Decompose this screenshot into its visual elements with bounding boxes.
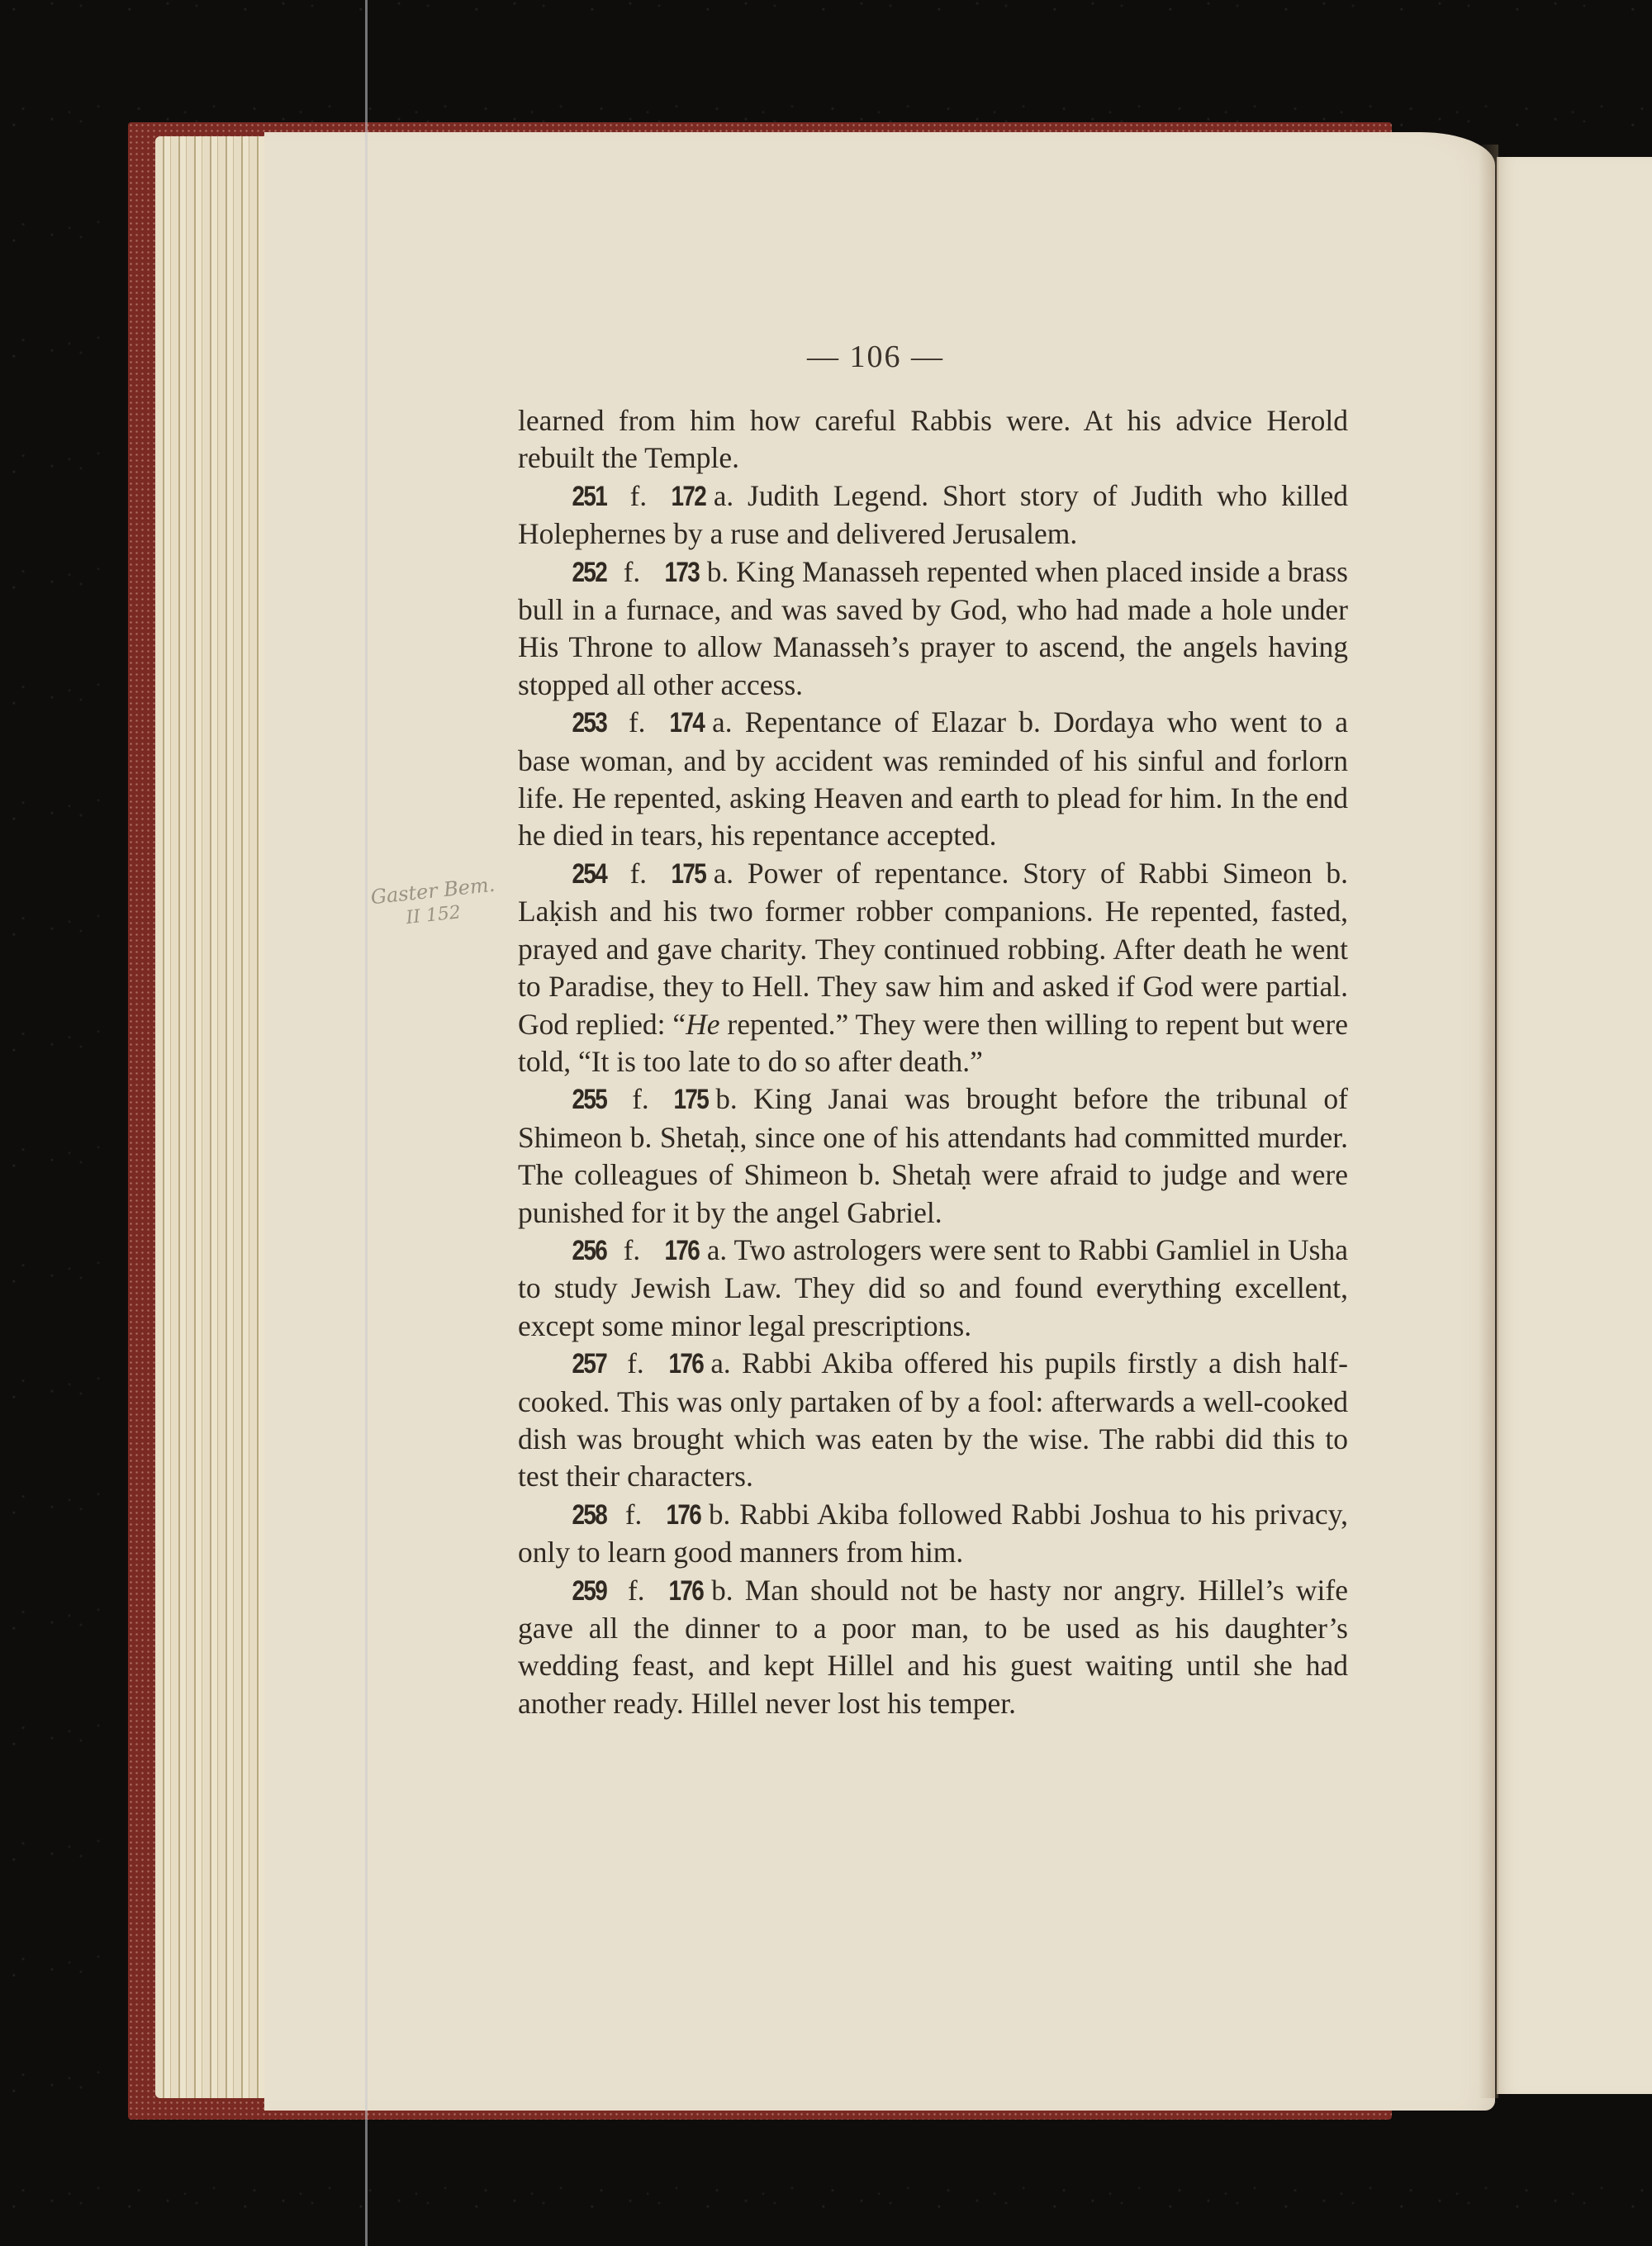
catalog-entry-254: 254 f.175a. Power of repentance. Story o…: [518, 855, 1348, 1080]
catalog-entry-256: 256 f.176a. Two astrologers were sent to…: [518, 1232, 1348, 1345]
folio-number: 173: [640, 554, 699, 591]
page-number: — 106 —: [0, 339, 1652, 375]
catalog-entry-258: 258 f.176b. Rabbi Akiba followed Rabbi J…: [518, 1496, 1348, 1572]
folio-side: b.: [707, 556, 729, 588]
folio-prefix: f.: [630, 480, 647, 512]
folio-prefix: f.: [628, 1574, 644, 1607]
entry-number: 252: [548, 554, 606, 591]
entry-number: 257: [548, 1346, 606, 1383]
entry-number: 258: [548, 1497, 606, 1534]
entry-text-italic: He: [686, 1008, 719, 1041]
folio-side: a.: [712, 706, 732, 738]
folio-prefix: f.: [632, 1083, 648, 1115]
folio-prefix: f.: [625, 1498, 642, 1531]
folio-number: 176: [642, 1497, 700, 1534]
scan-artifact-line: [365, 0, 368, 2246]
catalog-entry-251: 251 f.172a. Judith Legend. Short story o…: [518, 477, 1348, 553]
catalog-entry-255: 255 f.175b. King Janai was brought befor…: [518, 1080, 1348, 1232]
folio-number: 172: [647, 478, 705, 515]
folio-prefix: f.: [627, 1347, 643, 1379]
folio-number: 176: [640, 1232, 699, 1270]
entry-number: 259: [548, 1573, 606, 1610]
continuation-paragraph: learned from him how careful Rabbis were…: [518, 402, 1348, 477]
folio-side: a.: [707, 1234, 727, 1266]
folio-side: a.: [714, 480, 733, 512]
folio-number: 174: [645, 705, 704, 742]
folio-prefix: f.: [629, 706, 645, 738]
page-body-text: learned from him how careful Rabbis were…: [518, 402, 1348, 1722]
folio-prefix: f.: [630, 857, 647, 890]
folio-number: 176: [644, 1573, 703, 1610]
folio-prefix: f.: [624, 556, 640, 588]
folio-side: a.: [714, 857, 733, 890]
entry-number: 251: [548, 478, 606, 515]
facing-page: [1497, 157, 1652, 2094]
folio-number: 175: [649, 1081, 708, 1118]
folio-side: b.: [709, 1498, 730, 1531]
page-edges-stack: [155, 136, 271, 2098]
catalog-entry-257: 257 f.176a. Rabbi Akiba offered his pupi…: [518, 1345, 1348, 1496]
folio-side: a.: [710, 1347, 730, 1379]
catalog-entry-252: 252 f.173b. King Manasseh repented when …: [518, 553, 1348, 705]
folio-prefix: f.: [624, 1234, 640, 1266]
entry-number: 253: [548, 705, 606, 742]
entry-number: 255: [548, 1081, 606, 1118]
catalog-entry-253: 253 f.174a. Repentance of Elazar b. Dord…: [518, 704, 1348, 855]
folio-number: 176: [644, 1346, 703, 1383]
entry-number: 254: [548, 856, 606, 893]
folio-number: 175: [647, 856, 705, 893]
folio-side: b.: [715, 1083, 737, 1115]
catalog-entry-259: 259 f.176b. Man should not be hasty nor …: [518, 1572, 1348, 1723]
folio-side: b.: [711, 1574, 733, 1607]
gutter-shadow: [1479, 145, 1498, 2098]
entry-number: 256: [548, 1232, 606, 1270]
